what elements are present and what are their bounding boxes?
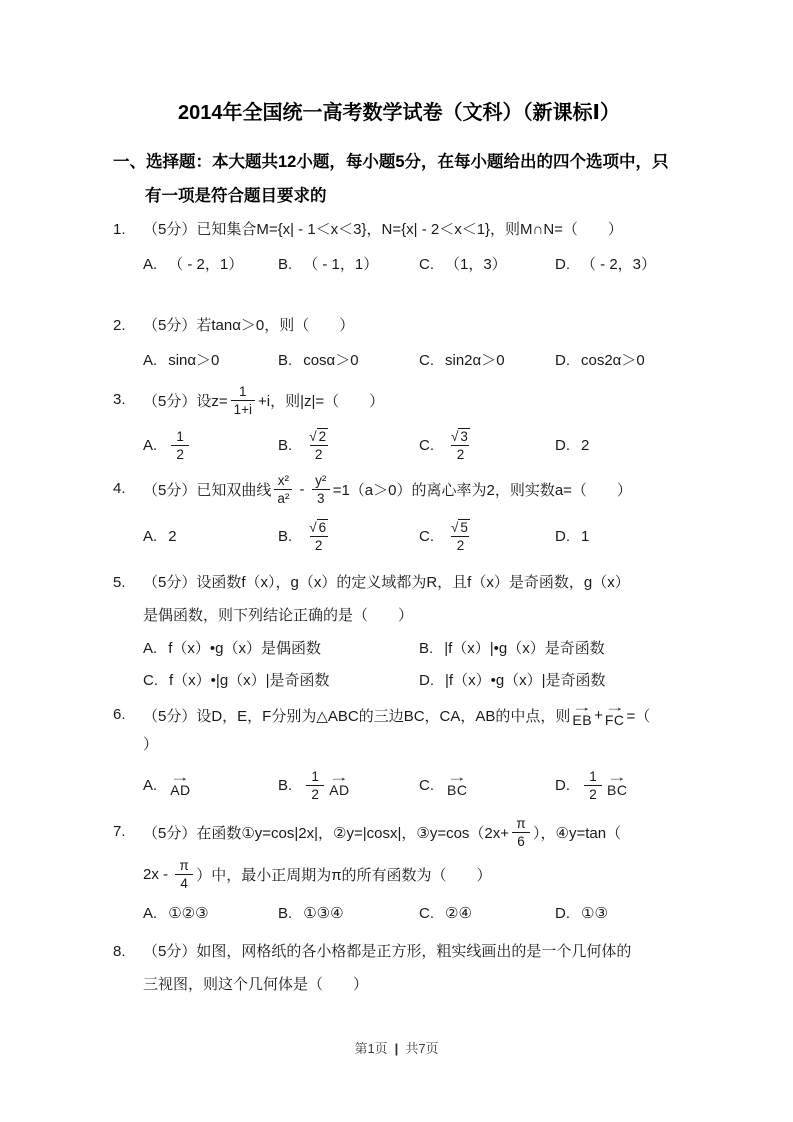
fraction: 12 [171,428,189,463]
page-content: 2014年全国统一高考数学试卷（文科）（新课标Ⅰ） 一、选择题：本大题共12小题… [113,98,685,1011]
question-text-line1: （5分）设D，E，F分别为△ABC的三边BC，CA，AB的中点，则→EB+→FC… [143,700,685,730]
option-label: C. [419,903,434,925]
question-4: 4. （5分）已知双曲线x²a² - y²3=1（a＞0）的离心率为2，则实数a… [113,467,685,554]
option-d: D.①③ [555,903,685,925]
question-text-line1: （5分）设函数f（x），g（x）的定义域都为R，且f（x）是奇函数，g（x） [143,566,685,599]
vector: →AD [329,773,349,798]
fraction: 12 [306,768,324,803]
section-header: 一、选择题：本大题共12小题，每小题5分，在每小题给出的四个选项中，只 有一项是… [113,145,685,213]
option-label: B. [278,775,292,797]
section-header-line1: 一、选择题：本大题共12小题，每小题5分，在每小题给出的四个选项中，只 [113,145,685,179]
fraction-numerator: x² [275,472,292,489]
option-label: D. [555,254,570,276]
option-label: C. [143,670,158,692]
option-text: （ - 2，3） [581,254,656,276]
option-b: B.cosα＞0 [278,350,419,372]
option-b: B.（ - 1，1） [278,254,419,276]
text-run: ），④y=tan（ [533,822,621,843]
sqrt-fraction: √22 [306,428,331,463]
option-label: A. [143,435,157,457]
option-text: sin2α＞0 [445,350,505,372]
option-c: C.（1，3） [419,254,555,276]
radical: √5 [451,519,470,536]
options-row: A.2 B.√62 C.√52 D.1 [143,519,685,554]
question-1: 1. （5分）已知集合M={x| - 1＜x＜3}，N={x| - 2＜x＜1}… [113,218,685,276]
option-label: C. [419,526,434,548]
radicand: 5 [458,519,470,535]
sqrt-symbol: √ [451,519,458,536]
fraction-numerator: 1 [236,383,250,400]
vector-arrow-icon: → [607,773,627,782]
fraction-numerator: 1 [173,428,187,445]
sqrt-symbol: √ [451,428,458,445]
option-a: A.sinα＞0 [143,350,278,372]
fraction: y²3 [312,472,330,507]
vector: →BC [607,773,627,798]
question-2: 2. （5分）若tanα＞0，则（ ） A.sinα＞0 B.cosα＞0 C.… [113,314,685,372]
option-text: cosα＞0 [303,350,358,372]
option-label: A. [143,254,157,276]
text-run: =（ [627,705,651,726]
option-b: B.√62 [278,519,419,554]
question-text: （5分）若tanα＞0，则（ ） [143,314,685,338]
text-run: （5分）在函数①y=cos|2x|，②y=|cosx|，③y=cos（2x+ [143,822,509,843]
option-a: A.2 [143,526,278,548]
fraction-denominator: 1+i [231,400,255,418]
option-text: 2 [581,435,589,457]
option-d: D.1 [555,526,685,548]
sqrt-fraction: √62 [306,519,331,554]
vector-arrow-icon: → [572,703,592,712]
radicand: 2 [317,428,329,444]
question-text: （5分）已知集合M={x| - 1＜x＜3}，N={x| - 2＜x＜1}，则M… [143,218,685,242]
question-number: 5. [113,566,143,599]
radical: √2 [309,428,328,445]
option-label: A. [143,638,157,660]
question-number: 4. [113,467,143,511]
question-text-line2: 是偶函数，则下列结论正确的是（ ） [143,599,685,632]
section-header-line2: 有一项是符合题目要求的 [145,179,685,213]
question-number: 7. [113,811,143,853]
option-d: D.cos2α＞0 [555,350,685,372]
option-label: C. [419,350,434,372]
fraction-numerator: 1 [586,768,600,785]
vector: →AD [170,773,190,798]
option-c: C.sin2α＞0 [419,350,555,372]
options-row: C.f（x）•|g（x）|是奇函数 D.|f（x）•g（x）|是奇函数 [143,670,685,692]
fraction: π6 [512,815,530,850]
question-text: （5分）设z=11+i+i，则|z|=（ ） [143,380,685,420]
option-text: ①③④ [303,903,343,925]
option-label: C. [419,254,434,276]
option-b: B.12→AD [278,768,419,803]
vector: →FC [605,703,625,728]
question-number: 1. [113,218,143,242]
fraction-denominator: 2 [310,536,328,554]
fraction-denominator: 2 [451,445,469,463]
vector-letters: AD [329,782,349,798]
question-number: 6. [113,700,143,730]
vector-letters: BC [607,782,627,798]
option-label: A. [143,903,157,925]
question-text: （5分）已知双曲线x²a² - y²3=1（a＞0）的离心率为2，则实数a=（ … [143,467,685,511]
option-label: A. [143,350,157,372]
sqrt-fraction: √52 [448,519,473,554]
option-text: ②④ [445,903,472,925]
vector-letters: FC [605,712,625,728]
radical: √6 [309,519,328,536]
option-text: |f（x）|•g（x）是奇函数 [444,638,605,660]
question-number: 8. [113,935,143,968]
option-label: B. [278,435,292,457]
sqrt-symbol: √ [309,428,316,445]
option-text: cos2α＞0 [581,350,645,372]
fraction-denominator: a² [274,489,292,507]
option-a: A.→AD [143,773,278,798]
option-label: B. [278,350,292,372]
option-text: |f（x）•g（x）|是奇函数 [445,670,606,692]
fraction-denominator: 2 [171,445,189,463]
footer-total-pages: 共7页 [405,1041,438,1056]
option-label: B. [278,254,292,276]
fraction-numerator: π [513,815,528,832]
fraction-numerator: y² [312,472,329,489]
option-c: C.√32 [419,428,555,463]
footer-page-number: 第1页 [354,1041,387,1056]
question-text-line1: （5分）在函数①y=cos|2x|，②y=|cosx|，③y=cos（2x+π6… [143,811,685,853]
fraction: 12 [584,768,602,803]
question-text-line2: 三视图，则这个几何体是（ ） [143,968,685,1001]
option-b: B.|f（x）|•g（x）是奇函数 [419,638,685,660]
option-label: D. [555,435,570,457]
option-b: B.√22 [278,428,419,463]
text-run: 2x - [143,866,172,883]
vector-arrow-icon: → [170,773,190,782]
option-text: （ - 2，1） [168,254,243,276]
option-b: B.①③④ [278,903,419,925]
question-5: 5. （5分）设函数f（x），g（x）的定义域都为R，且f（x）是奇函数，g（x… [113,566,685,692]
question-number: 2. [113,314,143,338]
fraction-denominator: 3 [312,489,330,507]
option-text: f（x）•|g（x）|是奇函数 [169,670,330,692]
option-a: A.（ - 2，1） [143,254,278,276]
option-a: A.f（x）•g（x）是偶函数 [143,638,419,660]
options-row: A.sinα＞0 B.cosα＞0 C.sin2α＞0 D.cos2α＞0 [143,350,685,372]
option-text: （ - 1，1） [303,254,378,276]
radicand: 3 [458,428,470,444]
fraction-denominator: 4 [175,874,193,892]
fraction-denominator: 6 [512,832,530,850]
question-7: 7. （5分）在函数①y=cos|2x|，②y=|cosx|，③y=cos（2x… [113,811,685,925]
option-label: A. [143,775,157,797]
minus-sign: - [295,481,308,498]
vector-arrow-icon: → [447,773,467,782]
text-run: （5分）设D，E，F分别为△ABC的三边BC，CA，AB的中点，则 [143,705,570,726]
option-label: D. [419,670,434,692]
options-row: A.12 B.√22 C.√32 D.2 [143,428,685,463]
vector-letters: EB [572,712,592,728]
exam-paper-page: 2014年全国统一高考数学试卷（文科）（新课标Ⅰ） 一、选择题：本大题共12小题… [0,0,793,1122]
text-run: +i，则|z|=（ ） [258,390,384,411]
option-c: C.f（x）•|g（x）|是奇函数 [143,670,419,692]
vector: →EB [572,703,592,728]
option-a: A.①②③ [143,903,278,925]
question-text-line1: （5分）如图，网格纸的各小格都是正方形，粗实线画出的是一个几何体的 [143,935,685,968]
option-label: B. [419,638,433,660]
option-c: C.②④ [419,903,555,925]
option-text: sinα＞0 [168,350,219,372]
fraction-numerator: 1 [308,768,322,785]
fraction-denominator: 2 [584,785,602,803]
sqrt-fraction: √32 [448,428,473,463]
vector-arrow-icon: → [605,703,625,712]
fraction-denominator: 2 [451,536,469,554]
option-c: C.√52 [419,519,555,554]
fraction: x²a² [274,472,292,507]
option-label: D. [555,775,570,797]
fraction-denominator: 2 [306,785,324,803]
option-text: 2 [168,526,176,548]
text-run: （5分）设z= [143,390,228,411]
option-d: D.2 [555,435,685,457]
vector-letters: BC [447,782,467,798]
fraction: 11+i [231,383,255,418]
question-text-line2: ） [143,730,685,760]
text-run: （5分）已知双曲线 [143,479,271,500]
question-3: 3. （5分）设z=11+i+i，则|z|=（ ） A.12 B.√22 C.√… [113,380,685,463]
fraction-denominator: 2 [310,445,328,463]
option-label: A. [143,526,157,548]
option-text: （1，3） [445,254,507,276]
option-a: A.12 [143,428,278,463]
radical: √3 [451,428,470,445]
option-d: D.（ - 2，3） [555,254,685,276]
option-label: D. [555,903,570,925]
options-row: A.f（x）•g（x）是偶函数 B.|f（x）|•g（x）是奇函数 [143,638,685,660]
plus-sign: + [594,707,603,724]
options-row: A.→AD B.12→AD C.→BC D.12→BC [143,768,685,803]
option-label: C. [419,775,434,797]
option-text: ①②③ [168,903,208,925]
page-footer: 第1页|共7页 [0,1038,793,1057]
option-c: C.→BC [419,773,555,798]
option-text: 1 [581,526,589,548]
text-run: ）中，最小正周期为π的所有函数为（ ） [196,864,491,885]
text-run: =1（a＞0）的离心率为2，则实数a=（ ） [333,479,632,500]
question-text-line2: 2x - π4）中，最小正周期为π的所有函数为（ ） [143,853,685,895]
vector-arrow-icon: → [329,773,349,782]
option-d: D.|f（x）•g（x）|是奇函数 [419,670,685,692]
vector: →BC [447,773,467,798]
option-text: f（x）•g（x）是偶函数 [168,638,321,660]
question-number: 3. [113,380,143,420]
options-row: A.（ - 2，1） B.（ - 1，1） C.（1，3） D.（ - 2，3） [143,254,685,276]
question-8: 8. （5分）如图，网格纸的各小格都是正方形，粗实线画出的是一个几何体的 三视图… [113,935,685,1001]
option-label: D. [555,350,570,372]
option-d: D.12→BC [555,768,685,803]
fraction: π4 [175,857,193,892]
page-title: 2014年全国统一高考数学试卷（文科）（新课标Ⅰ） [113,98,685,128]
footer-separator: | [395,1041,399,1056]
option-label: D. [555,526,570,548]
option-text: ①③ [581,903,608,925]
option-label: B. [278,526,292,548]
question-6: 6. （5分）设D，E，F分别为△ABC的三边BC，CA，AB的中点，则→EB+… [113,700,685,803]
option-label: C. [419,435,434,457]
sqrt-symbol: √ [309,519,316,536]
fraction-numerator: π [177,857,192,874]
options-row: A.①②③ B.①③④ C.②④ D.①③ [143,903,685,925]
radicand: 6 [317,519,329,535]
vector-letters: AD [170,782,190,798]
option-label: B. [278,903,292,925]
